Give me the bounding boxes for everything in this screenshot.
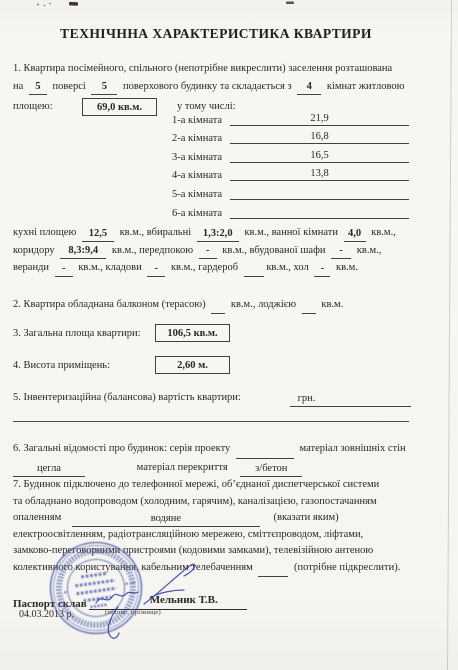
label-floor-material: матеріал перекриття [137,462,228,473]
section-7-line-2: та обладнано водопроводом (холодним, гар… [13,494,453,511]
label-front-room: кв.м., передпокою [112,245,193,256]
project-series-value [236,443,294,459]
label-project-series: 6. Загальні відомості про будинок: серія… [13,443,230,454]
inventory-value-label: 5. Інвентеризаційна (балансова) вартість… [13,389,283,407]
label-heating: опаленням [13,512,61,523]
label-area: площею: [13,101,82,112]
height-box: 2,60 м. [155,356,230,374]
front-room-value: - [199,243,217,259]
signature-block: Паспорт склавМельник Т.В. (підпис, прізв… [13,592,413,642]
loggia-value [302,298,316,314]
label-wc: кв.м., вбиральні [120,227,192,238]
section-2-balcony: 2. Квартира обладнана балконом (терасою)… [13,296,443,314]
room-row-1: 1-а кімната 21,9 [172,107,409,126]
label-garderob: кв.м., гардероб [171,262,238,273]
document-title: ТЕХНІЧННА ХАРАКТЕРИСТИКА КВАРТИРИ [0,26,432,42]
total-area-box: 106,5 кв.м. [155,324,230,342]
room-row-5: 5-а кімната [172,181,409,200]
label-sqm: кв.м., [371,227,396,238]
section-6-building-info: 6. Загальні відомості про будинок: серія… [13,440,443,477]
label-wardrobe: кв.м., вбудованої шафи [222,245,325,256]
garderob-value [244,261,264,277]
label-sqm: кв.м. [321,299,343,310]
label-bath: кв.м., ванної кімнати [244,227,338,238]
label-underline-note: (потрібне підкреслити). [294,562,400,573]
kitchen-area-value: 12,5 [82,226,114,242]
room-row-3: 3-а кімната 16,5 [172,144,409,163]
balcony-value [211,298,225,314]
room-row-2: 2-а кімната 16,8 [172,126,409,145]
section-7-line-4: електроосвітленням, радіотрансляційною м… [13,527,453,544]
label-exterior-walls: матеріал зовнішніх стін [300,443,406,454]
label-living: кімнат житловою [327,81,405,92]
document-date: 04.03.2013 р. [19,609,74,620]
floor-material-value: з/бетон [240,461,302,477]
room-area-value: 21,9 [230,113,409,126]
executor-name: Мельник Т.В. [89,592,247,610]
label-cable-tv: колективного користування, кабельним тел… [13,562,253,573]
premises-line-1: кухні площею 12,5 кв.м., вбиральні 1,3:2… [13,224,443,242]
room-label: 4-а кімната [172,170,224,181]
section-5-inventory-value: 5. Інвентеризаційна (балансова) вартість… [13,389,443,407]
section-7-utilities: 7. Будинок підключено до телефонної мере… [13,477,453,577]
section-4-height: 4. Висота приміщень: 2,60 м. [13,356,443,374]
wc-area-value: 1,3:2,0 [197,226,239,242]
premises-line-3: веранди - кв.м., кладови - кв.м., гардер… [13,259,443,277]
scanned-document-page: ТЕХНІЧННА ХАРАКТЕРИСТИКА КВАРТИРИ 1. Ква… [0,0,458,670]
room-label: 1-а кімната [172,115,224,126]
room-label: 2-а кімната [172,133,224,144]
room-area-value: 13,8 [230,168,409,181]
height-label: 4. Висота приміщень: [13,360,155,371]
section-6-line-2: цегла матеріал перекриття з/бетон [13,459,443,478]
cable-tv-value [258,561,288,577]
label-storeroom: кв.м., кладови [78,262,141,273]
room-row-6: 6-а кімната [172,200,409,219]
section-1-line-1: 1. Квартира посімейного, спільного (непо… [13,60,437,78]
walls-material-value: цегла [13,461,85,477]
label-specify-which: (вказати яким) [273,512,338,523]
section-7-line-5: замково-переговорними пристроями (кодови… [13,543,453,560]
room-label: 6-а кімната [172,208,224,219]
premises-line-2: коридору 8,3:9,4 кв.м., передпокою - кв.… [13,242,443,260]
label-veranda: веранди [13,262,49,273]
top-edge-marks [37,2,294,7]
label-sqm: кв.м., [357,245,382,256]
hol-value: - [314,261,330,277]
room-area-value [230,217,409,219]
section-7-line-3: опаленням водяне (вказати яким) [13,510,453,527]
veranda-value: - [55,261,73,277]
section-1-line-2: на 5 поверсі 5 поверхового будинку та ск… [13,78,437,96]
section-7-line-1: 7. Будинок підключено до телефонної мере… [13,477,453,494]
corridor-area-value: 8,3:9,4 [60,243,106,259]
label-kitchen: кухні площею [13,227,76,238]
signature-hint: (підпис, прізвище) [105,609,161,616]
rooms-count-value: 4 [297,79,321,95]
bath-area-value: 4,0 [344,226,366,242]
room-row-4: 4-а кімната 13,8 [172,163,409,182]
wardrobe-value: - [331,243,351,259]
room-area-value: 16,5 [230,150,409,163]
label-sqm: кв.м. [336,262,358,273]
room-area-value [230,198,409,200]
section-3-total-area: 3. Загальна площа квартири: 106,5 кв.м. [13,324,443,342]
horizontal-divider [13,421,409,422]
label-storey: поверсі [53,81,86,92]
premises-areas: кухні площею 12,5 кв.м., вбиральні 1,3:2… [13,224,443,277]
room-area-value: 16,8 [230,131,409,144]
label-corridor: коридору [13,245,55,256]
storeys-value: 5 [91,79,117,95]
label-balcony: 2. Квартира обладнана балконом (терасою) [13,299,206,310]
total-area-label: 3. Загальна площа квартири: [13,328,155,339]
label-building: поверхового будинку та складається з [123,81,292,92]
room-label: 3-а кімната [172,152,224,163]
storeroom-value: - [147,261,165,277]
section-6-line-1: 6. Загальні відомості про будинок: серія… [13,440,443,459]
label-on: на [13,81,23,92]
label-loggia: кв.м., лоджією [231,299,296,310]
floor-value: 5 [29,79,47,95]
room-label: 5-а кімната [172,189,224,200]
heating-type-value: водяне [72,511,260,527]
room-list: 1-а кімната 21,9 2-а кімната 16,8 3-а кі… [172,107,409,219]
section-7-line-6: колективного користування, кабельним тел… [13,560,453,577]
living-area-box: 69,0 кв.м. [82,98,157,116]
label-hol: кв.м., хол [266,262,308,273]
currency-blank: грн. [290,391,411,407]
